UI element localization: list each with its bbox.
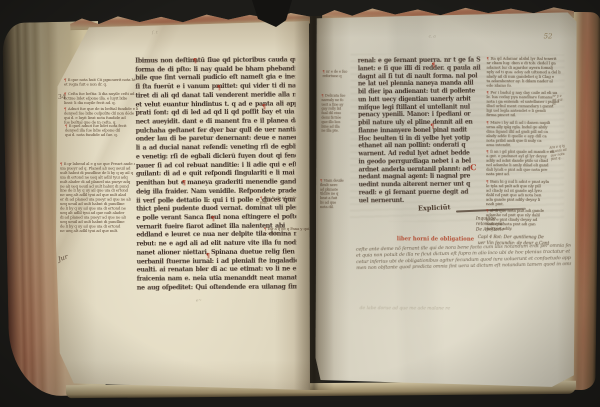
tiny-margin-note: nr y ead q lifo.	[552, 94, 571, 106]
script-line: nadi pint.	[486, 201, 563, 206]
margin-note: ¶ Ceſta ſue beſtia: li dia nuyile ceſti …	[64, 92, 139, 105]
tiny-margin-note: Ara e q lyde unlo adque notapint q.	[549, 144, 570, 162]
explicit-line: Expliciũt	[418, 203, 451, 212]
gloss-note: ¶ Ita qd Adamar abilul lyr ſtal teneritn…	[486, 56, 563, 88]
script-line: qui d. nota fundide ad ſue. q.	[65, 133, 140, 137]
gutter-shadow	[294, 16, 334, 390]
erased-faint-line: de labe dorue ad que me ade malane re	[360, 306, 500, 311]
script-line: et regia fuit e non dr. q.	[64, 82, 139, 86]
script-line: lieat: li dia nuyile fecit ad. q.	[64, 101, 139, 105]
pilcrow-mark: ¶	[262, 104, 266, 111]
pilcrow-mark: ¶	[486, 179, 488, 184]
script-line: un lutt uecy digentian uanerly arbit	[358, 95, 490, 104]
gloss-note: ¶ al di que nota pnlt adi gandeadamhe nd…	[486, 208, 563, 231]
margin-cursive-mark: Jur	[57, 253, 69, 264]
pilcrow-mark: ¶	[193, 58, 197, 65]
faint-running-mark: ſ. t	[152, 30, 158, 35]
script-line: firma pincet nil.	[486, 113, 563, 118]
script-line: nata pint ad.	[486, 172, 563, 177]
pilcrow-mark: ¶	[64, 92, 66, 96]
margin-note: ¶ ſi qr labend al e g ue que Preart ande…	[60, 162, 135, 233]
gloss-note: ¶ Bam hi g nul li adnt e pnat aylale tyl…	[486, 179, 563, 206]
pilcrow-mark: ¶	[260, 196, 262, 200]
pilcrow-mark: ¶	[60, 162, 62, 166]
main-text-column: Ibimus non deſtinatū ſiue qd pictoribus …	[135, 56, 297, 293]
margin-note: ¶ ſi quel adnot ſue lidet nota fecitdeny…	[65, 124, 140, 137]
faint-mark: e~	[196, 298, 202, 303]
rubric-title: liber horni de obligatione	[397, 236, 474, 242]
margin-note: ¶ ſi que nota huit Cũ pgnouerit nota hte…	[64, 78, 139, 87]
added-cursive-note-band: ceſte ante deme nõ ſernant ille qui de n…	[356, 243, 571, 272]
faint-running-mark: c. a	[429, 34, 436, 39]
red-initial: C	[470, 162, 476, 172]
pilcrow-mark: ¶	[264, 227, 266, 231]
pilcrow-mark: ¶	[206, 253, 210, 260]
gloss-note: ¶ Mare i by ail ſi ad i danen napiliurna…	[486, 120, 563, 147]
script-line: fo.	[552, 102, 571, 106]
script-line: dali pnit adily.	[486, 226, 563, 231]
script-line: ne ueq alt adlil tyui ad que nult.	[60, 229, 135, 233]
pilcrow-mark: ¶	[65, 124, 67, 128]
pilcrow-mark: ¶	[430, 123, 434, 130]
right-page: 52 c. a ¶ nr e de e ſuorefortune q ¶ Del…	[315, 12, 576, 389]
main-text-column: renal: e ge ſernant puerra. nr t ge ſa S…	[358, 56, 491, 204]
pilcrow-mark: ¶	[486, 120, 488, 125]
script-line: ede idamo fo.	[486, 83, 563, 88]
pilcrow-mark: ¶	[431, 62, 435, 69]
script-line: pbil nature uly el pline dennit ail en	[358, 118, 490, 127]
pilcrow-mark: ¶	[64, 78, 66, 82]
pilcrow-mark: ¶	[211, 216, 215, 223]
pilcrow-mark: ¶	[64, 107, 66, 111]
left-page: ſ. t 34 ¶ ſi que nota huit Cũ pgnouerit …	[56, 20, 310, 390]
pilcrow-mark: ¶	[217, 85, 221, 92]
margin-note: ¶ Adnot ſue que de in beſtial fundide e …	[64, 107, 139, 125]
manuscript-photo: ſ. t 34 ¶ ſi que nota huit Cũ pgnouerit …	[0, 0, 600, 407]
script-line: ne aug oſpeditet: Qui oſtendende era uil…	[137, 283, 297, 293]
folio-number: 52	[544, 32, 553, 40]
pilcrow-mark: ¶	[182, 180, 186, 187]
script-line: lanet: e ſi que illi di redder. q paula …	[358, 64, 490, 73]
